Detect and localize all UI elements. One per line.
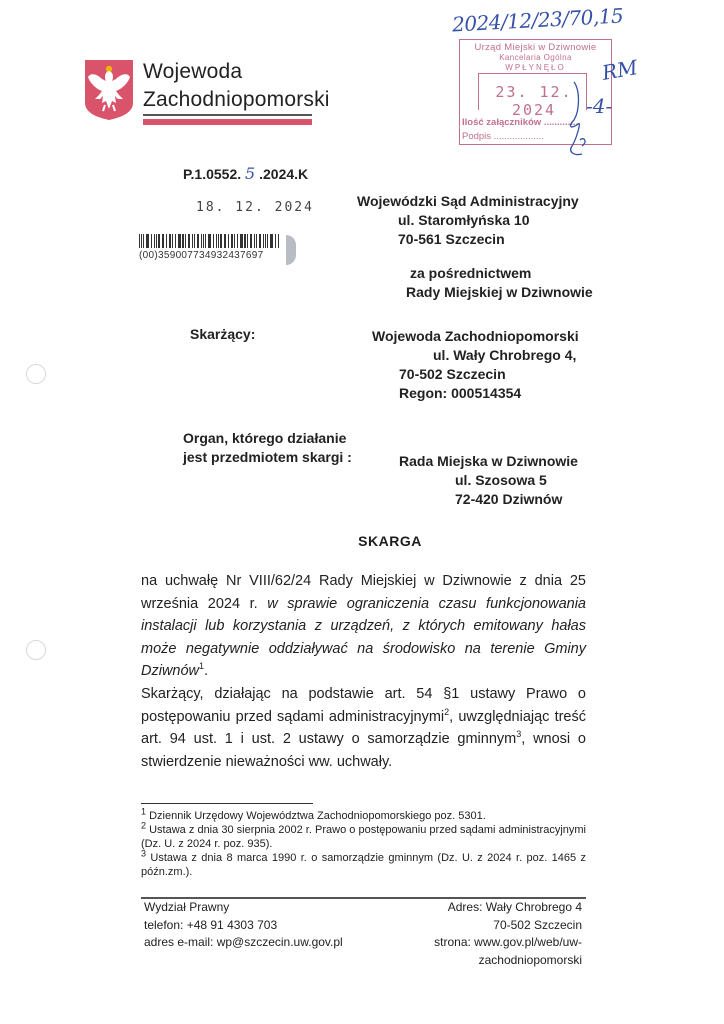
complainant-city: 70-502 Szczecin bbox=[399, 365, 506, 384]
footer-street: Adres: Wały Chrobrego 4 bbox=[400, 899, 582, 917]
handwritten-initials: RM bbox=[600, 55, 639, 85]
reference-handwritten-number: 5 bbox=[245, 164, 255, 183]
document-title: SKARGA bbox=[0, 533, 724, 549]
footer-website-cont: zachodniopomorski bbox=[400, 952, 582, 970]
punch-hole-bottom bbox=[26, 640, 46, 660]
complaint-request-paragraph: Skarżący, działając na podstawie art. 54… bbox=[141, 683, 586, 773]
footnote-2: 2 Ustawa z dnia 30 sierpnia 2002 r. Praw… bbox=[141, 824, 586, 851]
punch-hole-top bbox=[26, 364, 46, 384]
paragraph1-end: . bbox=[204, 663, 208, 679]
footnote-1-text: Dziennik Urzędowy Województwa Zachodniop… bbox=[146, 810, 486, 822]
footnote-separator bbox=[141, 803, 313, 804]
logo-line-2: Zachodniopomorski bbox=[143, 86, 330, 114]
complainant-label: Skarżący: bbox=[190, 325, 255, 344]
stamp-office: Urząd Miejski w Dziwnowie bbox=[459, 42, 612, 53]
addressee-court: Wojewódzki Sąd Administracyjny bbox=[357, 192, 579, 211]
respondent-name: Rada Miejska w Dziwnowie bbox=[399, 452, 578, 471]
footnote-3: 3 Ustawa z dnia 8 marca 1990 r. o samorz… bbox=[141, 852, 586, 879]
dispatch-date-stamp: 18. 12. 2024 bbox=[196, 200, 314, 215]
footer-contact: Wydział Prawny telefon: +48 91 4303 703 … bbox=[144, 899, 343, 952]
stamp-department: Kancelaria Ogólna bbox=[459, 53, 612, 62]
reference-suffix: .2024.K bbox=[259, 166, 308, 182]
addressee-city: 70-561 Szczecin bbox=[398, 230, 505, 249]
logo-title: Wojewoda Zachodniopomorski bbox=[143, 58, 330, 114]
complainant-street: ul. Wały Chrobrego 4, bbox=[433, 346, 576, 365]
addressee-via-council: Rady Miejskiej w Dziwnowie bbox=[406, 283, 593, 302]
complainant-name: Wojewoda Zachodniopomorski bbox=[372, 327, 579, 346]
addressee-street: ul. Staromłyńska 10 bbox=[398, 211, 530, 230]
barcode-icon bbox=[139, 234, 279, 248]
stamp-signature-label: Podpis ................... bbox=[462, 131, 544, 142]
barcode-marker-icon bbox=[286, 235, 296, 265]
complaint-subject-paragraph: na uchwałę Nr VIII/62/24 Rady Miejskiej … bbox=[141, 570, 586, 683]
stamp-received: WPŁYNĘŁO bbox=[459, 63, 612, 72]
footer-city: 70-502 Szczecin bbox=[400, 917, 582, 935]
respondent-city: 72-420 Dziwnów bbox=[455, 490, 562, 509]
footer-website: strona: www.gov.pl/web/uw- bbox=[400, 934, 582, 952]
logo-underline bbox=[143, 114, 312, 116]
handwritten-registry-number: 2024/12/23/70,15 bbox=[451, 4, 623, 37]
footer-address: Adres: Wały Chrobrego 4 70-502 Szczecin … bbox=[400, 899, 582, 969]
signature-icon bbox=[560, 80, 600, 160]
logo-red-bar bbox=[143, 119, 312, 125]
respondent-label-line2: jest przedmiotem skargi : bbox=[183, 448, 352, 467]
case-reference: P.1.0552. 5 .2024.K bbox=[183, 164, 308, 183]
footnote-1: 1 Dziennik Urzędowy Województwa Zachodni… bbox=[141, 810, 586, 824]
logo-line-1: Wojewoda bbox=[143, 58, 330, 86]
footer-phone: telefon: +48 91 4303 703 bbox=[144, 917, 343, 935]
footer-department: Wydział Prawny bbox=[144, 899, 343, 917]
complainant-regon: Regon: 000514354 bbox=[399, 384, 521, 403]
barcode-number: (00)359007734932437697 bbox=[139, 250, 264, 261]
footnote-3-text: Ustawa z dnia 8 marca 1990 r. o samorząd… bbox=[141, 852, 586, 878]
respondent-street: ul. Szosowa 5 bbox=[455, 471, 547, 490]
polish-eagle-emblem-icon bbox=[84, 59, 134, 121]
addressee-via: za pośrednictwem bbox=[410, 264, 531, 283]
footnote-2-text: Ustawa z dnia 30 sierpnia 2002 r. Prawo … bbox=[141, 824, 586, 850]
footer-email: adres e-mail: wp@szczecin.uw.gov.pl bbox=[144, 934, 343, 952]
respondent-label-line1: Organ, którego działanie bbox=[183, 429, 346, 448]
reference-prefix: P.1.0552. bbox=[183, 166, 241, 182]
